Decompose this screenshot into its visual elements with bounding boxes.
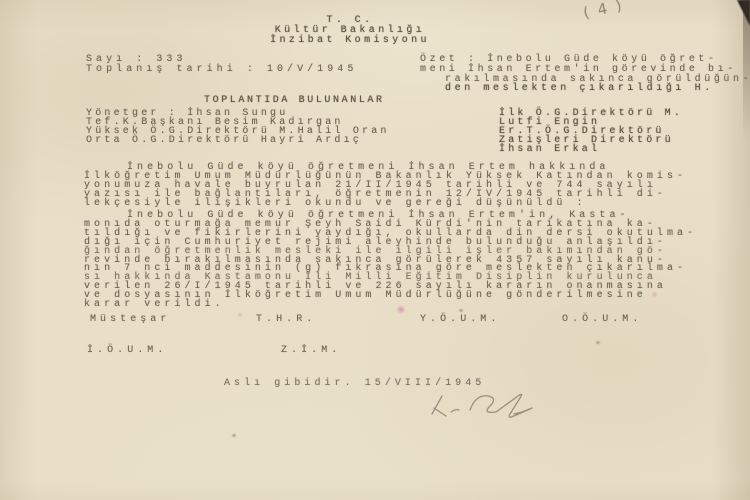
photo-edge-shade [743, 0, 750, 140]
paper-speck [596, 341, 600, 344]
paper-speck [459, 309, 463, 312]
faint-stain [237, 312, 243, 318]
meeting-date: Toplanış tarihi : 10/V/1945 [86, 65, 357, 75]
letterhead-commission: İnzibat Komisyonu [0, 36, 700, 46]
pink-ink-stain [651, 291, 658, 298]
signatory-title: T.H.R. [256, 315, 316, 325]
paper-speck [232, 434, 236, 437]
body-line: karar verildi. [84, 300, 225, 310]
scanned-document-page: T. C. Kültür Bakanlığı İnzibat Komisyonu… [0, 0, 750, 500]
signatory-title: O.Ö.U.M. [562, 315, 642, 325]
attendees-heading: TOPLANTIDA BULUNANLAR [204, 96, 385, 106]
signatory-title: İ.Ö.U.M. [87, 346, 167, 356]
summary-line: den meslekten çıkarıldığı H. [445, 84, 714, 94]
body-line: lekçesiyle ilişikleri okundu ve gereği d… [84, 199, 587, 209]
handwritten-signature [418, 384, 548, 428]
attendee-left: Orta Ö.G.Direktörü Hayri Ardıç [86, 136, 362, 146]
pink-ink-stain [396, 305, 406, 314]
attendee-right: İhsan Erkal [499, 145, 600, 155]
signatory-title: Y.Ö.U.M. [420, 315, 500, 325]
signatory-title: Müsteşar [90, 315, 170, 325]
signatory-title: Z.İ.M. [281, 346, 341, 356]
